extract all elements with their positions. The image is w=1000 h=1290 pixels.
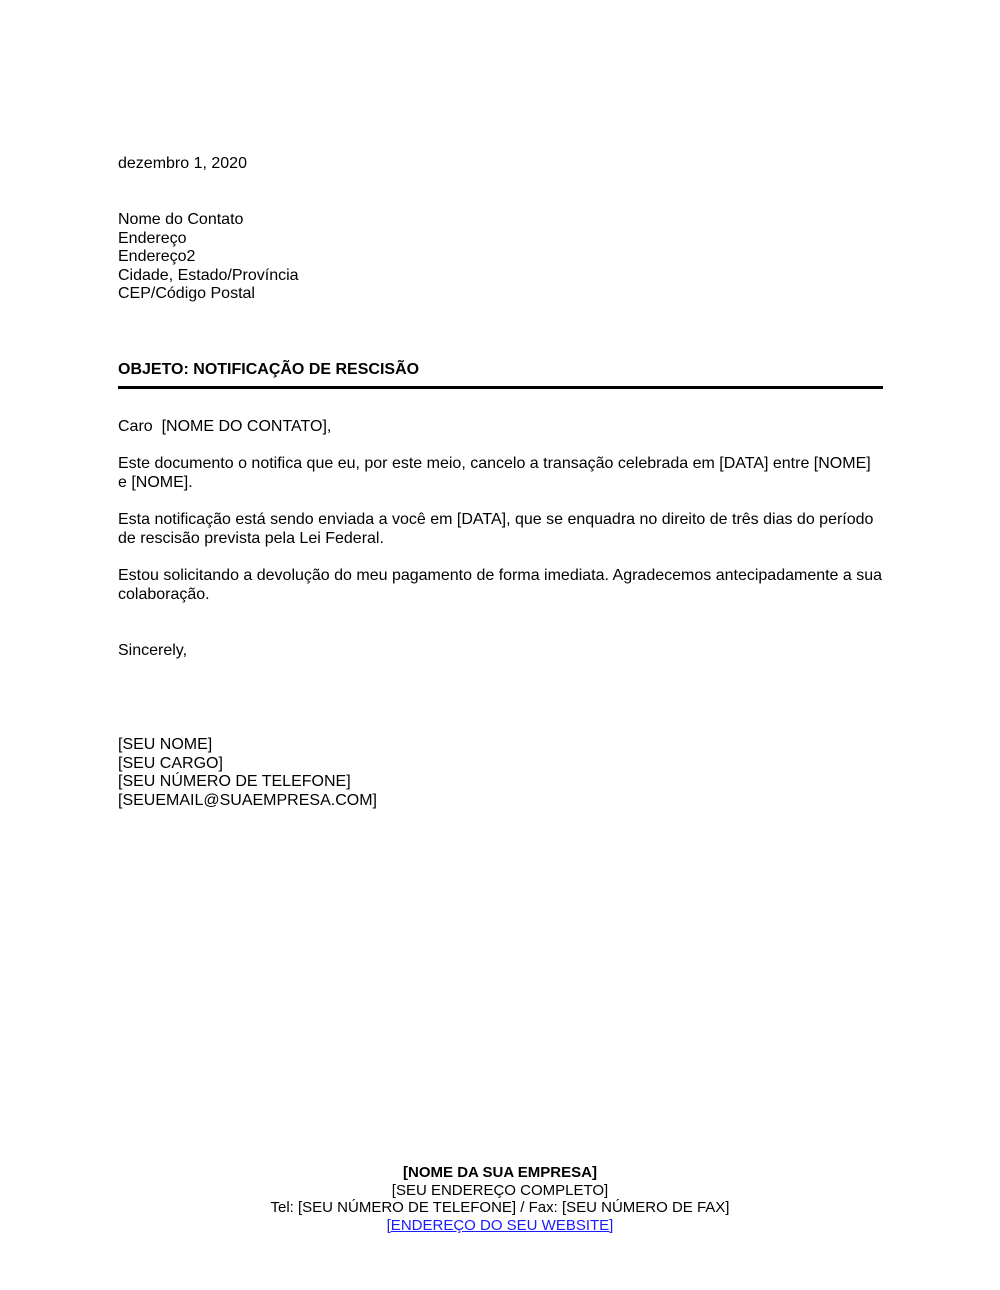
- closing-text: Sincerely,: [118, 642, 883, 661]
- body-paragraph-3: Estou solicitando a devolução do meu pag…: [118, 567, 883, 604]
- recipient-postal-code: CEP/Código Postal: [118, 285, 883, 304]
- recipient-name: Nome do Contato: [118, 211, 883, 230]
- recipient-city-state: Cidade, Estado/Província: [118, 267, 883, 286]
- footer-company-name: [NOME DA SUA EMPRESA]: [0, 1164, 1000, 1182]
- subject-text: OBJETO: NOTIFICAÇÃO DE RESCISÃO: [118, 361, 883, 380]
- signature-email: [SEUEMAIL@SUAEMPRESA.COM]: [118, 792, 883, 811]
- recipient-address-line2: Endereço2: [118, 248, 883, 267]
- subject-heading: OBJETO: NOTIFICAÇÃO DE RESCISÃO: [118, 361, 883, 380]
- body-paragraph-2: Esta notificação está sendo enviada a vo…: [118, 511, 883, 548]
- signature-phone: [SEU NÚMERO DE TELEFONE]: [118, 773, 883, 792]
- footer-address: [SEU ENDEREÇO COMPLETO]: [0, 1182, 1000, 1200]
- signature-name: [SEU NOME]: [118, 736, 883, 755]
- footer-website-link[interactable]: [ENDEREÇO DO SEU WEBSITE]: [387, 1217, 614, 1234]
- recipient-address: Nome do Contato Endereço Endereço2 Cidad…: [118, 211, 883, 304]
- signature-block: [SEU NOME] [SEU CARGO] [SEU NÚMERO DE TE…: [118, 736, 883, 810]
- paragraph-text: Estou solicitando a devolução do meu pag…: [118, 567, 883, 604]
- date-text: dezembro 1, 2020: [118, 155, 883, 174]
- company-footer: [NOME DA SUA EMPRESA] [SEU ENDEREÇO COMP…: [0, 1164, 1000, 1234]
- salutation: Caro [NOME DO CONTATO],: [118, 418, 883, 437]
- closing: Sincerely,: [118, 642, 883, 661]
- body-paragraph-1: Este documento o notifica que eu, por es…: [118, 455, 883, 492]
- recipient-address-line1: Endereço: [118, 230, 883, 249]
- subject-divider: [118, 386, 883, 389]
- document-page: dezembro 1, 2020 Nome do Contato Endereç…: [0, 0, 1000, 1290]
- footer-contact: Tel: [SEU NÚMERO DE TELEFONE] / Fax: [SE…: [0, 1199, 1000, 1217]
- salutation-text: Caro [NOME DO CONTATO],: [118, 418, 883, 437]
- signature-title: [SEU CARGO]: [118, 755, 883, 774]
- paragraph-text: Este documento o notifica que eu, por es…: [118, 455, 883, 492]
- paragraph-text: Esta notificação está sendo enviada a vo…: [118, 511, 883, 548]
- letter-date: dezembro 1, 2020: [118, 155, 883, 174]
